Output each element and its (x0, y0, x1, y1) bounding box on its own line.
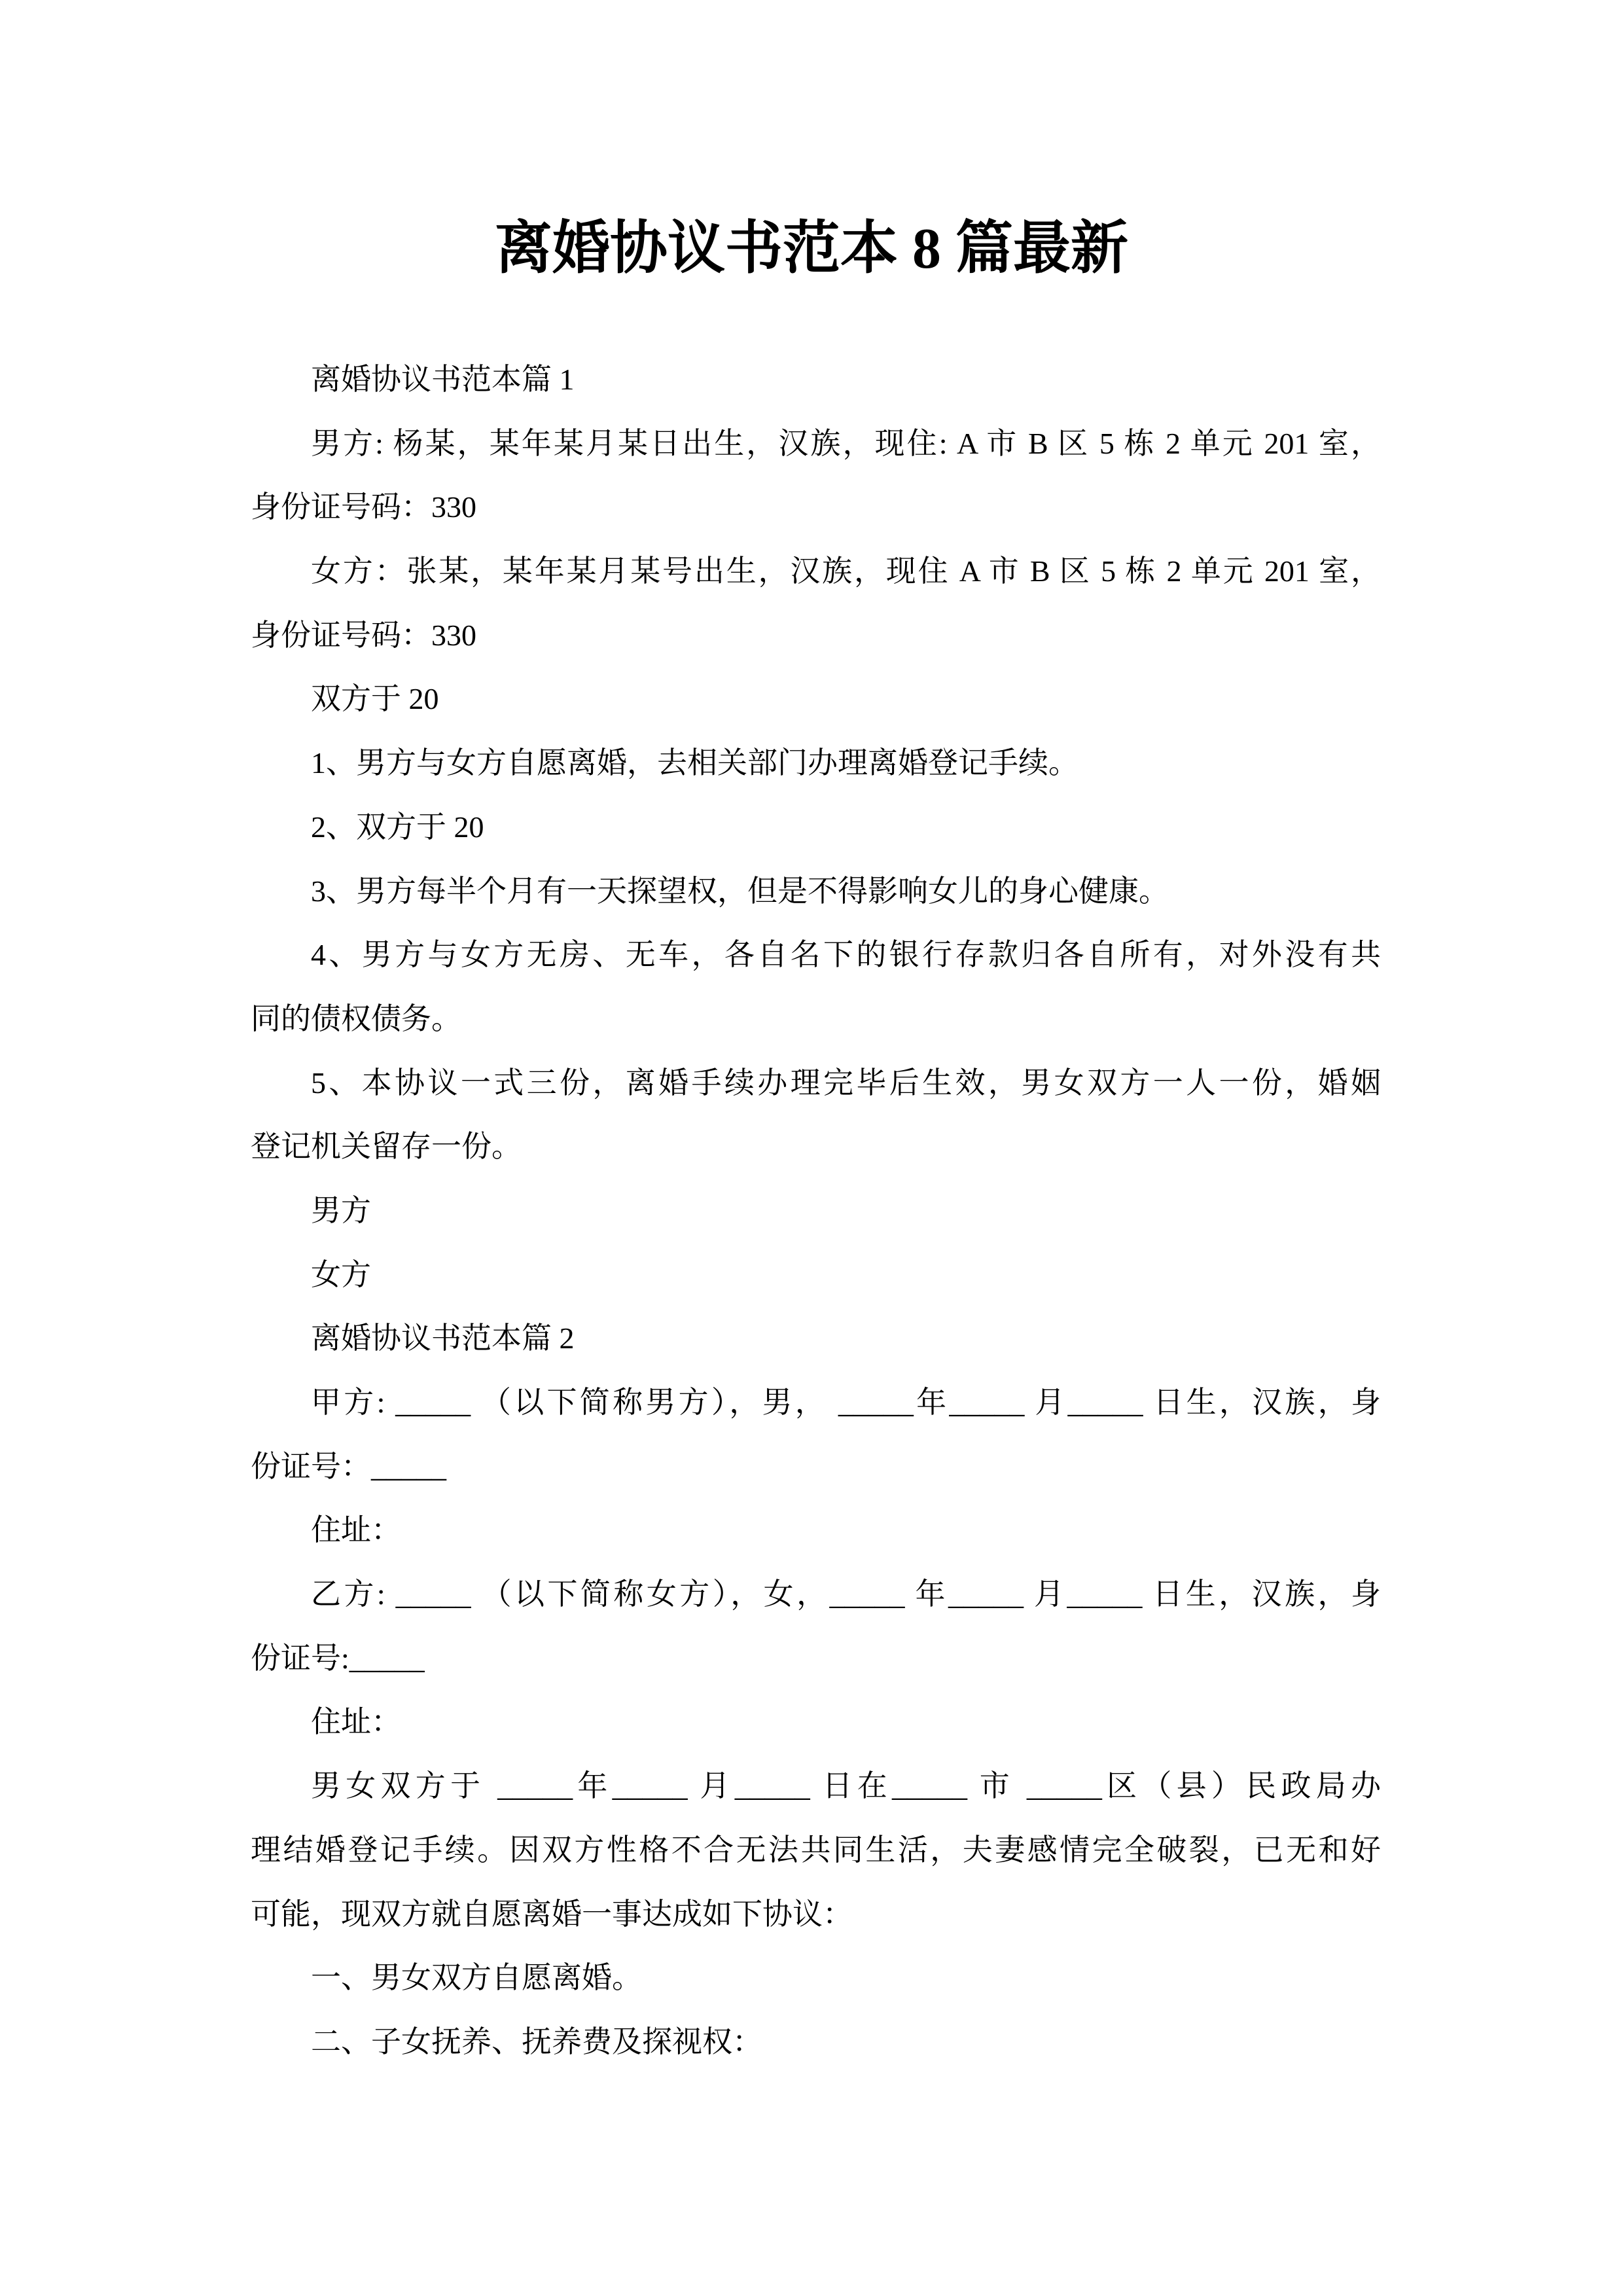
document-title: 离婚协议书范本 8 篇最新 (0, 217, 1623, 282)
text-line: 登记机关留存一份。 (251, 1115, 1381, 1179)
document-page: 离婚协议书范本 8 篇最新 离婚协议书范本篇 1男方: 杨某，某年某月某日出生，… (0, 0, 1623, 2296)
text-line: 二、子女抚养、抚养费及探视权： (251, 2010, 1381, 2074)
text-line: 身份证号码：330 (251, 603, 1381, 668)
text-line: 3、男方每半个月有一天探望权，但是不得影响女儿的身心健康。 (251, 859, 1381, 924)
text-line: 2、双方于 20 (251, 795, 1381, 859)
text-line: 男方 (251, 1179, 1381, 1243)
text-line: 一、男女双方自愿离婚。 (251, 1946, 1381, 2010)
text-line: 1、男方与女方自愿离婚，去相关部门办理离婚登记手续。 (251, 731, 1381, 795)
text-line: 可能，现双方就自愿离婚一事达成如下协议： (251, 1882, 1381, 1946)
text-line: 男女双方于 _____年_____ 月_____ 日在_____ 市 _____… (251, 1754, 1381, 1818)
text-line: 5、本协议一式三份，离婚手续办理完毕后生效，男女双方一人一份，婚姻 (251, 1051, 1381, 1115)
text-line: 女方 (251, 1243, 1381, 1307)
text-line: 离婚协议书范本篇 2 (251, 1306, 1381, 1371)
text-line: 身份证号码：330 (251, 475, 1381, 539)
text-line: 同的债权债务。 (251, 987, 1381, 1051)
text-line: 份证号:_____ (251, 1626, 1381, 1691)
text-line: 份证号：_____ (251, 1435, 1381, 1499)
text-line: 甲方: _____ （以下简称男方），男， _____年_____ 月_____… (251, 1371, 1381, 1435)
text-line: 女方：张某，某年某月某号出生，汉族，现住 A 市 B 区 5 栋 2 单元 20… (251, 539, 1381, 603)
text-line: 住址： (251, 1498, 1381, 1562)
document-body: 离婚协议书范本篇 1男方: 杨某，某年某月某日出生，汉族，现住: A 市 B 区… (251, 348, 1381, 2074)
text-line: 理结婚登记手续。因双方性格不合无法共同生活，夫妻感情完全破裂，已无和好 (251, 1818, 1381, 1882)
text-line: 双方于 20 (251, 667, 1381, 731)
text-line: 离婚协议书范本篇 1 (251, 348, 1381, 412)
text-line: 住址： (251, 1690, 1381, 1754)
text-line: 男方: 杨某，某年某月某日出生，汉族，现住: A 市 B 区 5 栋 2 单元 … (251, 412, 1381, 476)
text-line: 4、男方与女方无房、无车，各自名下的银行存款归各自所有，对外没有共 (251, 923, 1381, 987)
text-line: 乙方: _____ （以下简称女方），女，_____ 年_____ 月_____… (251, 1562, 1381, 1626)
